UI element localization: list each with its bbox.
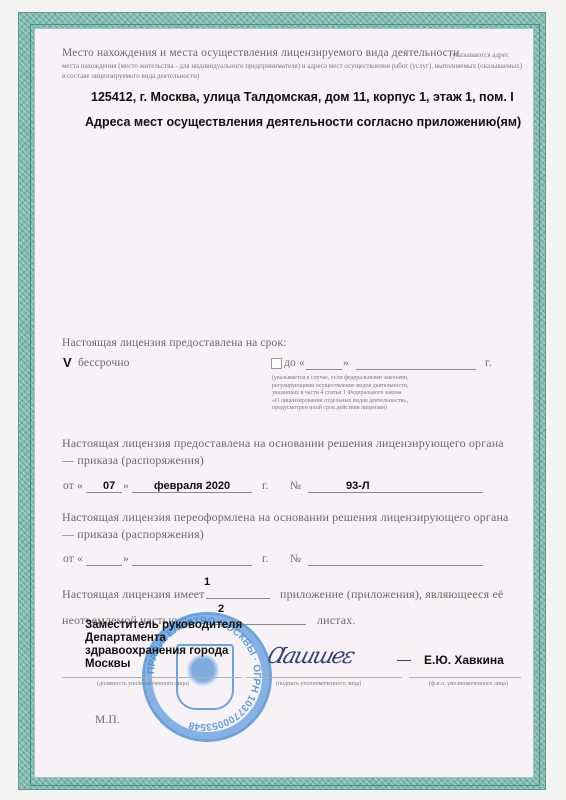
term-note: (указывается в случае, если федеральными… <box>272 375 409 413</box>
location-note-2: места нахождения (место жительства - для… <box>62 62 522 70</box>
reissue-from-prefix: от « <box>63 553 83 565</box>
until-year-suffix: г. <box>485 357 492 369</box>
indefinite-checkbox[interactable]: V <box>63 356 72 369</box>
grant-number: 93-Л <box>346 480 370 492</box>
seal-label: М.П. <box>95 714 120 726</box>
reissue-day-line <box>86 565 122 566</box>
until-quote-close: » <box>343 357 349 369</box>
signature-caption: (подпись уполномоченного лица) <box>276 681 361 687</box>
grant-month-year: февраля 2020 <box>154 480 230 492</box>
addresses-per-appendix: Адреса мест осуществления деятельности с… <box>85 115 521 129</box>
grant-day: 07 <box>103 480 115 492</box>
indefinite-label: бессрочно <box>78 357 130 369</box>
signature-caption-line-full <box>246 677 402 678</box>
signer-position-line: Заместитель руководителя <box>85 619 242 632</box>
reissue-year-suffix: г. <box>262 553 269 565</box>
position-caption: (должность уполномоченного лица) <box>97 681 189 687</box>
signer-position: Заместитель руководителя Департамента зд… <box>85 619 242 671</box>
term-note-line: указанных в части 4 статьи 1 Федеральног… <box>272 390 409 398</box>
signer-position-line: здравоохранения города <box>85 645 242 658</box>
signer-position-line: Москвы <box>85 658 242 671</box>
license-address: 125412, г. Москва, улица Талдомская, дом… <box>91 90 514 104</box>
name-caption: (ф.и.о. уполномоченного лица) <box>429 681 508 687</box>
grant-line-2: — приказа (распоряжения) <box>62 453 204 468</box>
grant-line-1: Настоящая лицензия предоставлена на осно… <box>62 436 504 451</box>
grant-quote-close: » <box>123 480 129 492</box>
grant-number-line <box>308 492 483 493</box>
term-label: Настоящая лицензия предоставлена на срок… <box>62 337 287 349</box>
reissue-number-label: № <box>290 553 301 565</box>
term-note-line: «О лицензировании отдельных видов деятел… <box>272 398 409 406</box>
appendix-line-1-prefix: Настоящая лицензия имеет <box>62 587 205 602</box>
location-heading: Место нахождения и места осуществления л… <box>62 47 459 59</box>
term-note-line: регулирующими осуществление видов деятел… <box>272 383 409 391</box>
until-checkbox[interactable] <box>271 358 282 369</box>
until-day-line <box>306 369 342 370</box>
reissue-quote-close: » <box>123 553 129 565</box>
until-date-line <box>356 369 476 370</box>
grant-from-prefix: от « <box>63 480 83 492</box>
until-prefix: до « <box>284 357 305 369</box>
signer-position-line: Департамента <box>85 632 242 645</box>
position-caption-line <box>62 677 242 678</box>
reissue-line-2: — приказа (распоряжения) <box>62 527 204 542</box>
appendix-line-1-suffix: приложение (приложения), являющееся её <box>280 587 503 602</box>
location-note-1: (указываются адрес <box>450 51 509 59</box>
term-note-line: (указывается в случае, если федеральными… <box>272 375 409 383</box>
handwritten-signature: Ɑaшшeɛ <box>265 644 357 669</box>
appendix-count-line <box>206 598 270 599</box>
name-caption-line <box>409 677 521 678</box>
grant-year-suffix: г. <box>262 480 269 492</box>
appendix-line-2-suffix: листах. <box>317 613 356 628</box>
grant-number-label: № <box>290 480 301 492</box>
reissue-date-line <box>132 565 252 566</box>
signature-dash <box>397 660 411 661</box>
reissue-number-line <box>308 565 483 566</box>
signer-name: Е.Ю. Хавкина <box>424 653 504 667</box>
reissue-line-1: Настоящая лицензия переоформлена на осно… <box>62 510 509 525</box>
location-note-3: в составе лицензируемого вида деятельнос… <box>62 72 199 80</box>
grant-date-line <box>132 492 252 493</box>
term-note-line: предусмотрен иной срок действия лицензии… <box>272 405 409 413</box>
grant-day-line <box>86 492 122 493</box>
